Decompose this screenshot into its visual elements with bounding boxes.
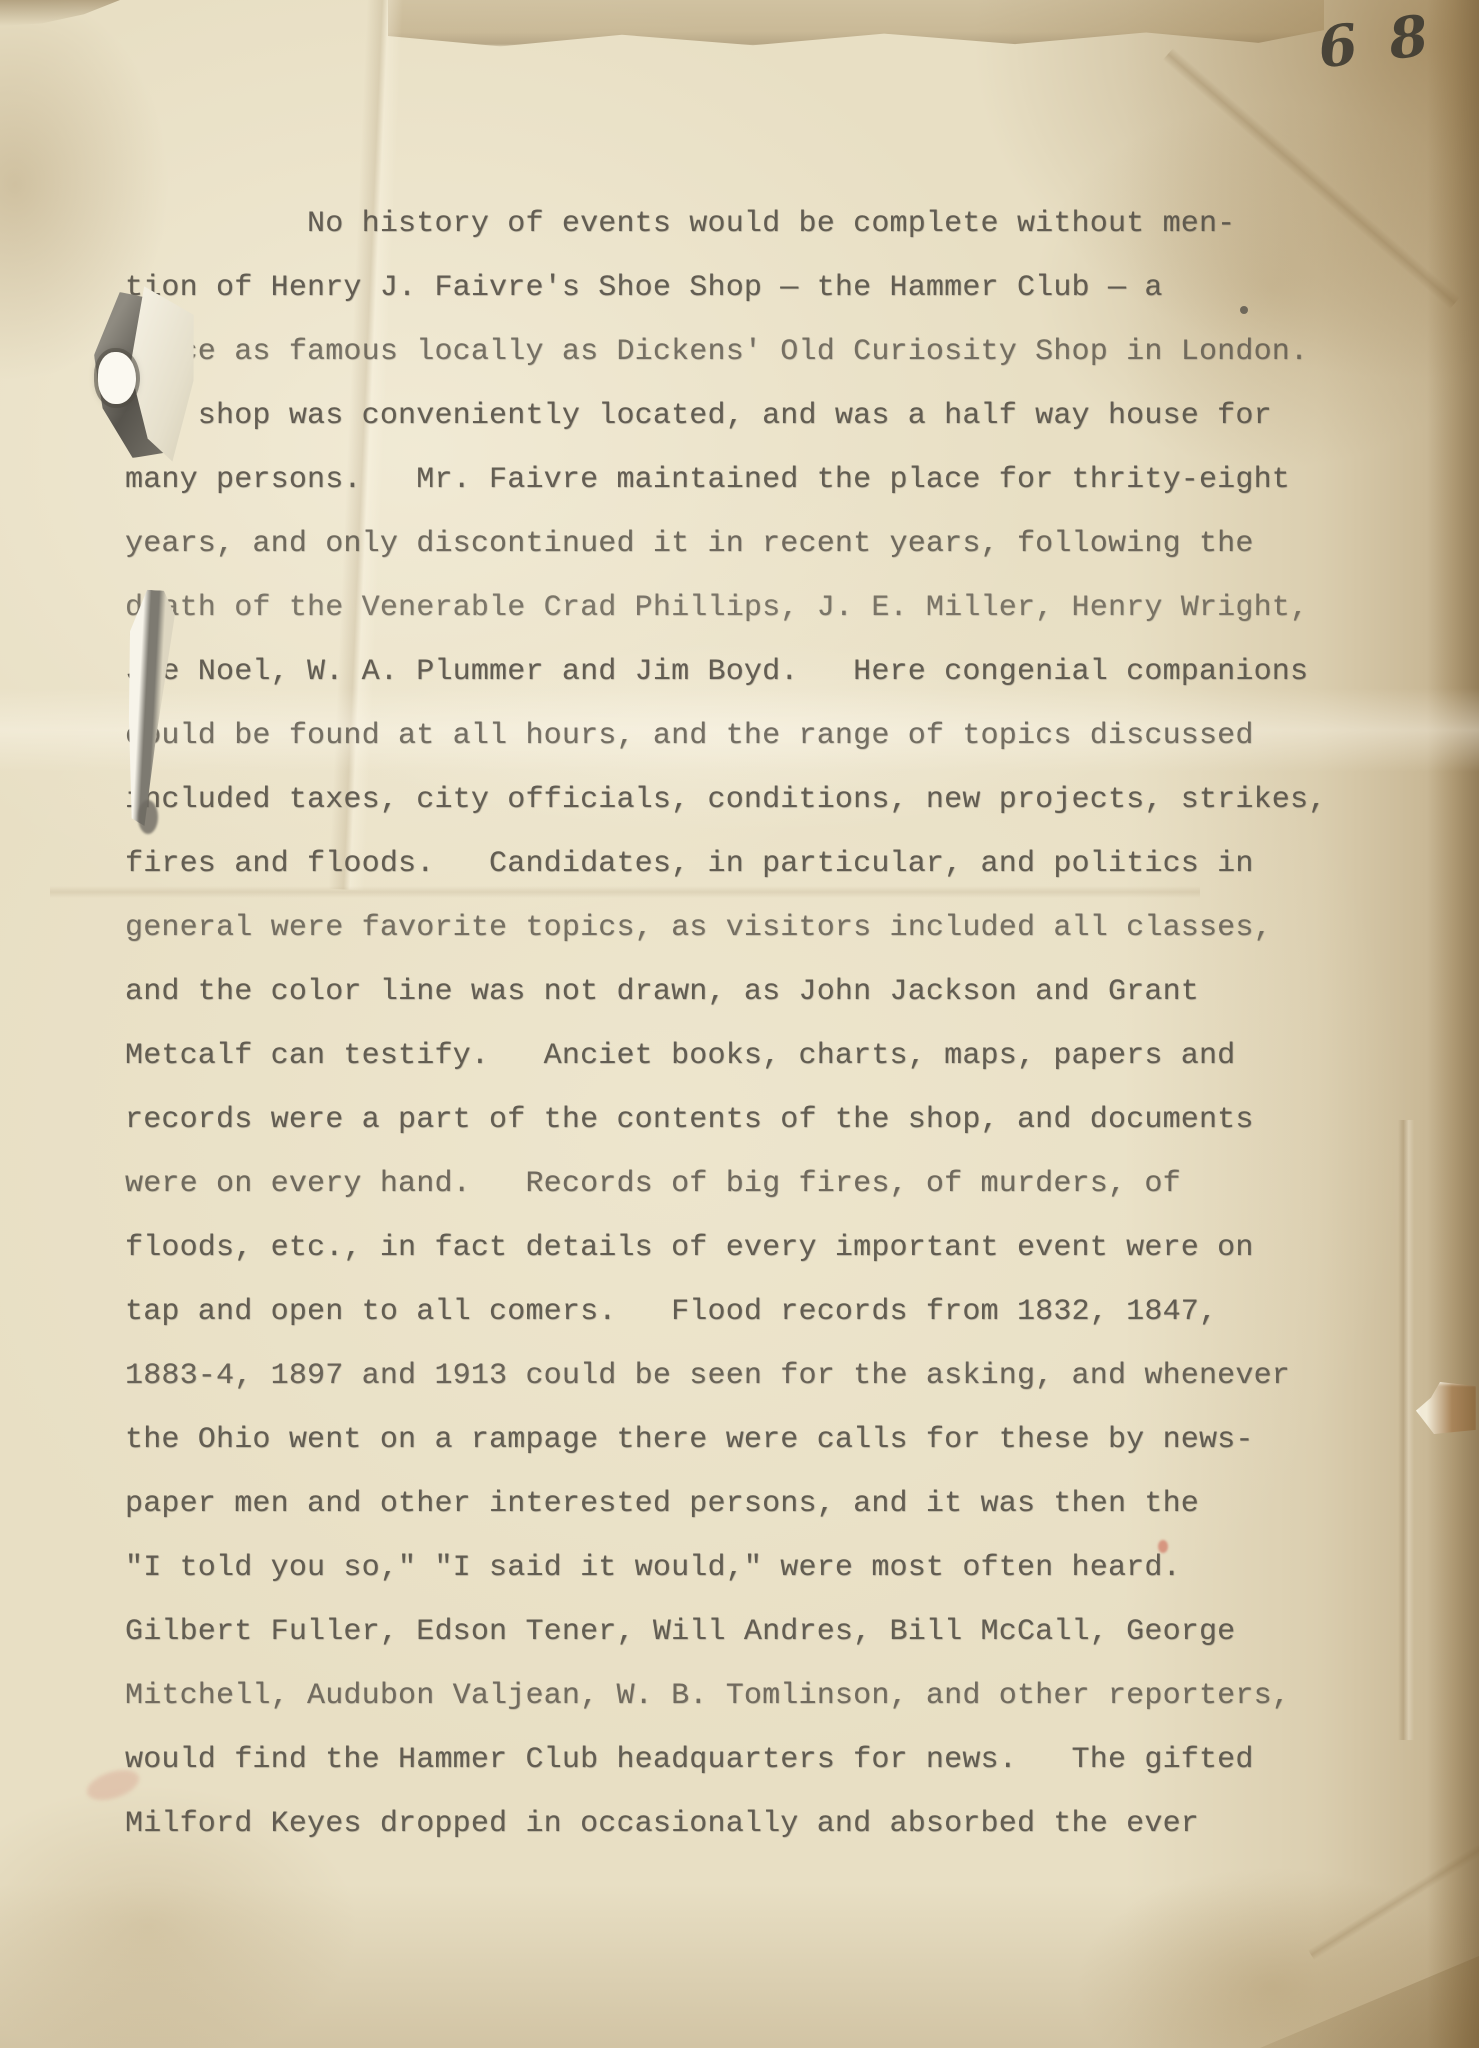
typed-line: The shop was conveniently located, and w… xyxy=(125,384,1425,448)
typed-line: tap and open to all comers. Flood record… xyxy=(125,1280,1425,1344)
typed-line: records were a part of the contents of t… xyxy=(125,1088,1425,1152)
typed-text: No history of events would be complete w… xyxy=(125,192,1425,1856)
tear-sliver-tip xyxy=(138,800,158,834)
typed-line: 1883-4, 1897 and 1913 could be seen for … xyxy=(125,1344,1425,1408)
typed-line: years, and only discontinued it in recen… xyxy=(125,512,1425,576)
typed-line: Joe Noel, W. A. Plummer and Jim Boyd. He… xyxy=(125,640,1425,704)
typed-line: the Ohio went on a rampage there were ca… xyxy=(125,1408,1425,1472)
typed-line: general were favorite topics, as visitor… xyxy=(125,896,1425,960)
flap-hole xyxy=(98,352,136,404)
typed-line: floods, etc., in fact details of every i… xyxy=(125,1216,1425,1280)
typed-line: No history of events would be complete w… xyxy=(125,192,1425,256)
typed-line: death of the Venerable Crad Phillips, J.… xyxy=(125,576,1425,640)
typed-line: could be found at all hours, and the ran… xyxy=(125,704,1425,768)
typed-line: paper men and other interested persons, … xyxy=(125,1472,1425,1536)
typed-line: Milford Keyes dropped in occasionally an… xyxy=(125,1792,1425,1856)
torn-right-edge xyxy=(1427,0,1479,2048)
typed-line: fires and floods. Candidates, in particu… xyxy=(125,832,1425,896)
typed-line: would find the Hammer Club headquarters … xyxy=(125,1728,1425,1792)
typed-line: many persons. Mr. Faivre maintained the … xyxy=(125,448,1425,512)
red-speck xyxy=(1158,1540,1168,1553)
typed-line: tion of Henry J. Faivre's Shoe Shop — th… xyxy=(125,256,1425,320)
typed-line: "I told you so," "I said it would," were… xyxy=(125,1536,1425,1600)
scanned-document-page: No history of events would be complete w… xyxy=(0,0,1479,2048)
typed-line: included taxes, city officials, conditio… xyxy=(125,768,1425,832)
typed-line: were on every hand. Records of big fires… xyxy=(125,1152,1425,1216)
typed-line: Mitchell, Audubon Valjean, W. B. Tomlins… xyxy=(125,1664,1425,1728)
ink-dot xyxy=(1240,306,1248,314)
torn-paper-flap xyxy=(72,286,196,464)
typed-line: place as famous locally as Dickens' Old … xyxy=(125,320,1425,384)
typed-line: Metcalf can testify. Anciet books, chart… xyxy=(125,1024,1425,1088)
typed-line: Gilbert Fuller, Edson Tener, Will Andres… xyxy=(125,1600,1425,1664)
typed-line: and the color line was not drawn, as Joh… xyxy=(125,960,1425,1024)
